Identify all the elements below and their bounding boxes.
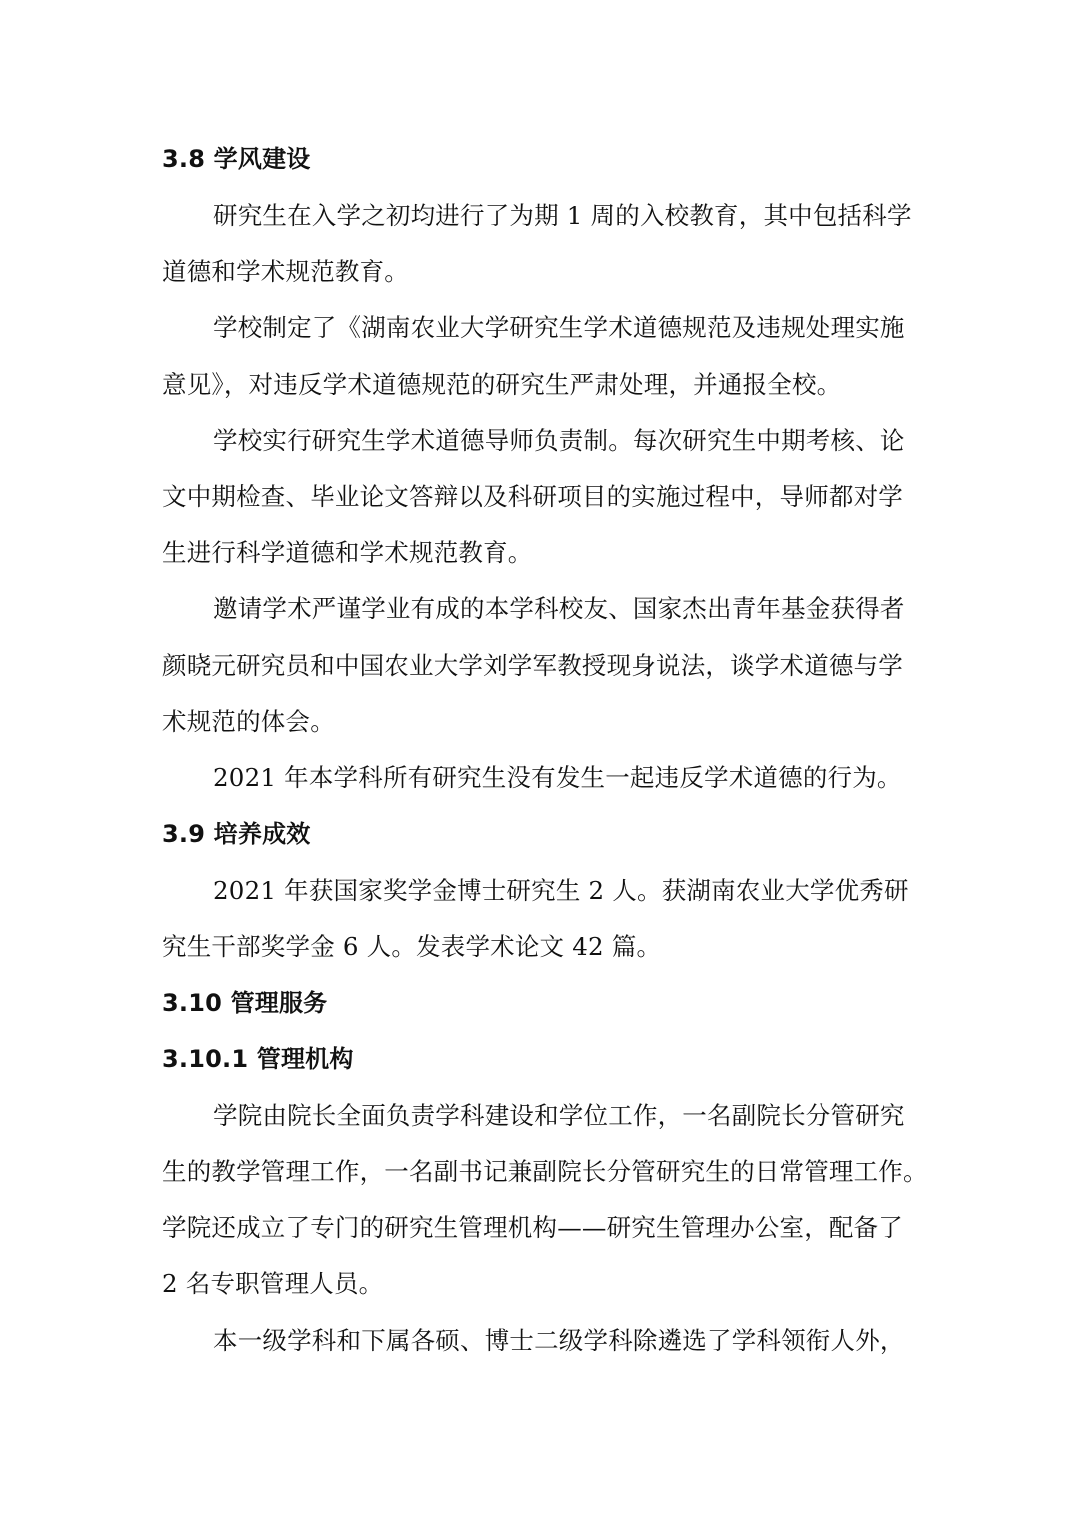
section-heading-3-9: 3.9 培养成效: [162, 819, 310, 849]
paragraph-line: 术规范的体会。: [162, 707, 335, 737]
paragraph-line: 意见》，对违反学术道德规范的研究生严肃处理，并通报全校。: [162, 370, 841, 400]
section-heading-3-8: 3.8 学风建设: [162, 144, 310, 174]
paragraph-line: 道德和学术规范教育。: [162, 257, 409, 287]
paragraph-line: 生进行科学道德和学术规范教育。: [162, 538, 533, 568]
paragraph-line: 文中期检查、毕业论文答辩以及科研项目的实施过程中，导师都对学: [162, 482, 903, 512]
paragraph-line: 研究生在入学之初均进行了为期 1 周的入校教育，其中包括科学: [213, 201, 912, 231]
paragraph-line: 本一级学科和下属各硕、博士二级学科除遴选了学科领衔人外，: [213, 1326, 905, 1356]
section-heading-3-10-1: 3.10.1 管理机构: [162, 1044, 354, 1074]
paragraph-line: 2 名专职管理人员。: [162, 1269, 383, 1299]
paragraph-line: 学校制定了《湖南农业大学研究生学术道德规范及违规处理实施: [213, 313, 905, 343]
document-page: 3.8 学风建设 研究生在入学之初均进行了为期 1 周的入校教育，其中包括科学 …: [0, 0, 1074, 1520]
paragraph-line: 生的教学管理工作，一名副书记兼副院长分管研究生的日常管理工作。: [162, 1157, 928, 1187]
paragraph-line: 究生干部奖学金 6 人。发表学术论文 42 篇。: [162, 932, 661, 962]
paragraph-line: 2021 年获国家奖学金博士研究生 2 人。获湖南农业大学优秀研: [213, 876, 909, 906]
paragraph-line: 学校实行研究生学术道德导师负责制。每次研究生中期考核、论: [213, 426, 905, 456]
paragraph-line: 颜晓元研究员和中国农业大学刘学军教授现身说法，谈学术道德与学: [162, 651, 903, 681]
paragraph-line: 学院还成立了专门的研究生管理机构——研究生管理办公室，配备了: [162, 1213, 903, 1243]
paragraph-line: 邀请学术严谨学业有成的本学科校友、国家杰出青年基金获得者: [213, 594, 905, 624]
section-heading-3-10: 3.10 管理服务: [162, 988, 327, 1018]
paragraph-line: 学院由院长全面负责学科建设和学位工作，一名副院长分管研究: [213, 1101, 905, 1131]
paragraph-line: 2021 年本学科所有研究生没有发生一起违反学术道德的行为。: [213, 763, 902, 793]
